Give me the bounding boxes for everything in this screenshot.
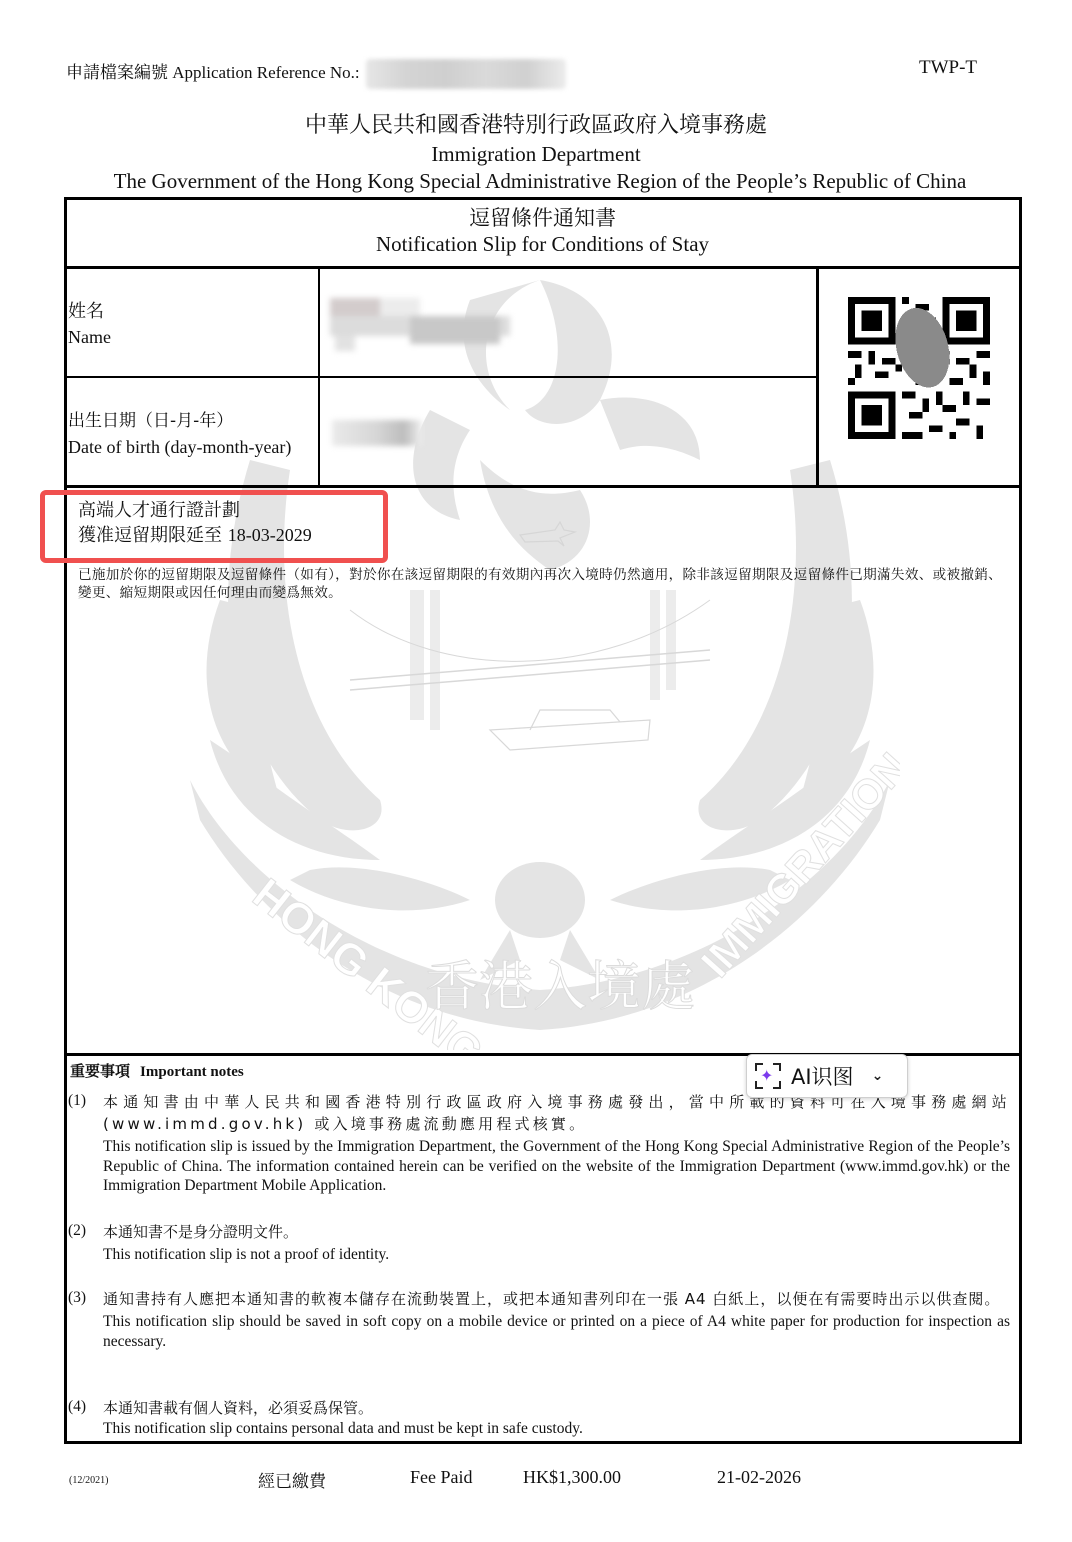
dob-label: 出生日期（日-月-年） Date of birth (day-month-yea… [68, 408, 291, 460]
fee-paid-label-en: Fee Paid [410, 1467, 473, 1488]
fee-amount: HK$1,300.00 [523, 1467, 621, 1488]
government-name-en: The Government of the Hong Kong Special … [0, 169, 1072, 194]
ai-button-label: AI识图 [791, 1061, 854, 1091]
slip-title-zh: 逗留條件通知書 [0, 202, 1072, 232]
note-item: (4) 本通知書載有個人資料，必須妥爲保管。 This notification… [68, 1397, 1010, 1439]
reference-label: 申請檔案編號 Application Reference No.: [66, 63, 360, 82]
note-item: (3) 通知書持有人應把本通知書的軟複本儲存在流動裝置上，或把本通知書列印在一張… [68, 1288, 1010, 1351]
conditions-statement: 已施加於你的逗留期限及逗留條件（如有），對於你在該逗留期限的有效期內再次入境時仍… [78, 566, 1008, 602]
qr-code[interactable] [848, 297, 990, 439]
important-notes-title: 重要事項Important notes [70, 1060, 244, 1081]
note-item: (1) 本通知書由中華人民共和國香港特別行政區政府入境事務處發出，當中所載的資料… [68, 1091, 1010, 1196]
dob-value-redacted [332, 420, 422, 446]
fee-paid-label-zh: 經已繳費 [258, 1467, 326, 1492]
divider [64, 376, 817, 378]
divider [64, 485, 1022, 488]
form-code: TWP-T [919, 57, 977, 79]
reference-value-redacted [366, 59, 566, 89]
form-version: (12/2021) [69, 1475, 108, 1486]
agency-name-zh: 中華人民共和國香港特別行政區政府入境事務處 [0, 108, 1072, 139]
name-label-zh: 姓名 [68, 298, 111, 324]
ai-image-recognition-button[interactable]: ✦ AI识图 ⌄ [746, 1054, 908, 1098]
stay-limit: 獲准逗留期限延至 18-03-2029 [78, 523, 312, 548]
name-value-redacted [330, 298, 510, 353]
scheme-name: 高端人才通行證計劃 [78, 498, 312, 523]
stay-until-date: 18-03-2029 [228, 525, 312, 545]
chevron-down-icon[interactable]: ⌄ [872, 1068, 884, 1084]
sparkle-scan-icon: ✦ [753, 1061, 783, 1091]
name-label: 姓名 Name [68, 298, 111, 350]
issue-date: 21-02-2026 [717, 1467, 801, 1488]
dob-label-zh: 出生日期（日-月-年） [68, 408, 291, 434]
application-reference: 申請檔案編號 Application Reference No.: [66, 58, 566, 89]
note-item: (2) 本通知書不是身分證明文件。 This notification slip… [68, 1221, 1010, 1265]
dob-label-en: Date of birth (day-month-year) [68, 434, 291, 460]
agency-name-en: Immigration Department [0, 142, 1072, 167]
scheme-info: 高端人才通行證計劃 獲准逗留期限延至 18-03-2029 [78, 498, 312, 548]
name-label-en: Name [68, 324, 111, 350]
divider [64, 266, 1022, 269]
slip-title-en: Notification Slip for Conditions of Stay [0, 232, 1072, 257]
